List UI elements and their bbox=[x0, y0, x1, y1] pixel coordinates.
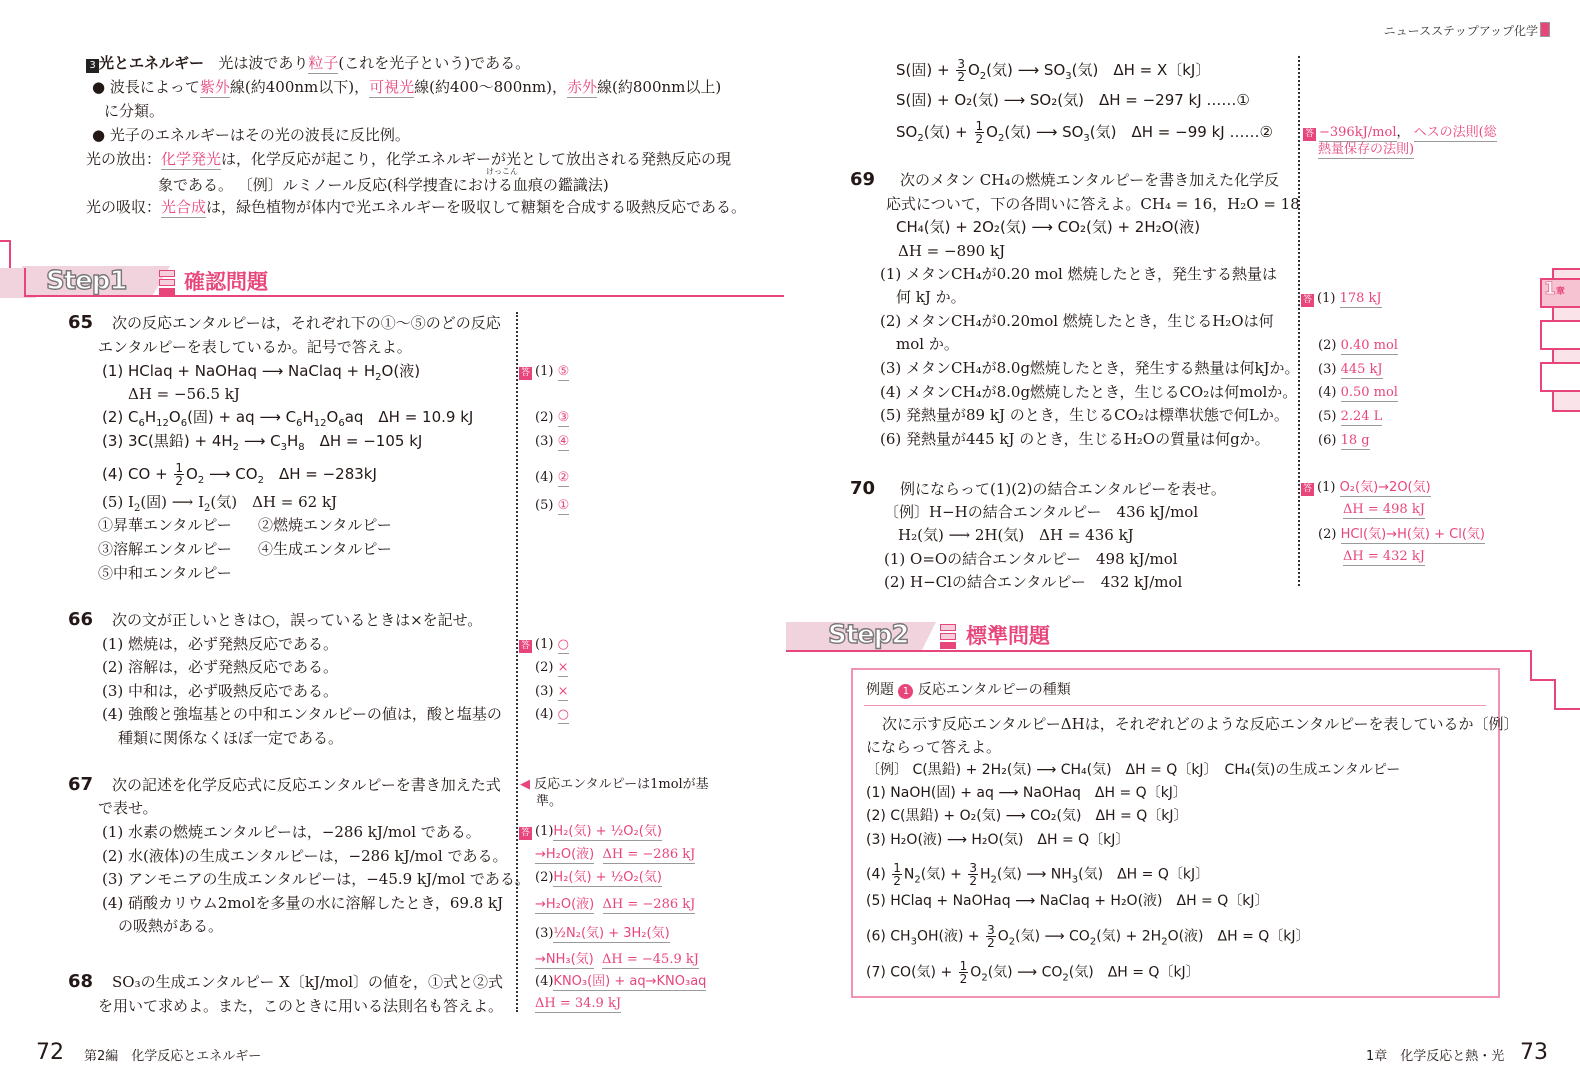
page-number-right: 73 bbox=[1520, 1040, 1548, 1065]
answer-mark-icon: 答 bbox=[1301, 483, 1314, 496]
footer-section-left: 第2編 化学反応とエネルギー bbox=[84, 1045, 261, 1064]
example-title: 反応エンタルピーの種類 bbox=[918, 682, 1071, 698]
step2-label: Step2 bbox=[828, 620, 909, 650]
footer-section-right: 1章 化学反応と熱・光 bbox=[1366, 1045, 1504, 1064]
term-particle: 粒子 bbox=[308, 54, 338, 74]
step1-title: 確認問題 bbox=[184, 266, 268, 296]
answer-mark-icon: 答 bbox=[1301, 294, 1314, 307]
answer-mark-icon: 答 bbox=[519, 640, 532, 653]
hint-arrow-icon: ◀ bbox=[520, 777, 530, 792]
intro-heading: 光とエネルギー bbox=[99, 54, 204, 72]
step-bars-icon bbox=[940, 624, 956, 644]
step-bars-icon bbox=[159, 270, 175, 290]
answer-column-divider-right bbox=[1298, 56, 1300, 586]
answer-column-divider bbox=[516, 312, 518, 1012]
header-marker bbox=[1540, 22, 1550, 37]
step1-label: Step1 bbox=[46, 266, 127, 296]
answer-mark-icon: 答 bbox=[519, 367, 532, 380]
series-title: ニュースステップアップ化学 bbox=[1384, 22, 1538, 39]
heading-number: 3 bbox=[86, 59, 99, 73]
example-divider bbox=[864, 705, 1486, 706]
example-number-badge: 1 bbox=[898, 684, 913, 699]
answer-mark-icon: 答 bbox=[519, 827, 532, 840]
page-number-left: 72 bbox=[36, 1040, 64, 1065]
answer-mark-icon: 答 bbox=[1303, 128, 1316, 141]
step2-title: 標準問題 bbox=[966, 620, 1050, 650]
